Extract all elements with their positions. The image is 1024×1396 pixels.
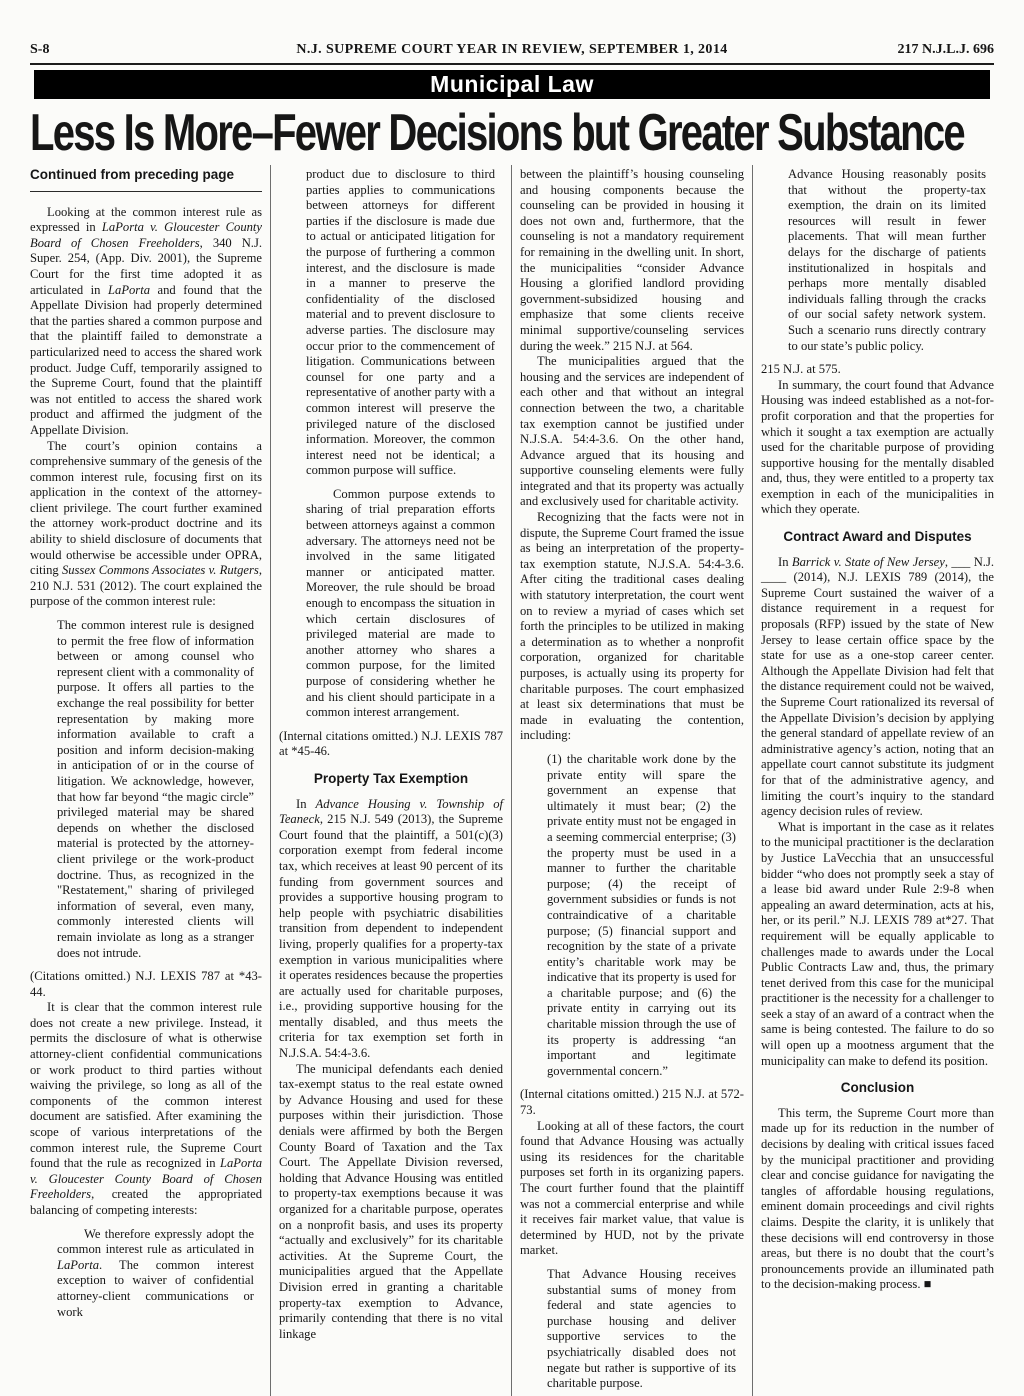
- section-heading: Property Tax Exemption: [279, 771, 503, 787]
- continued-note: Continued from preceding page: [30, 167, 262, 192]
- page-number: S-8: [30, 42, 190, 58]
- paragraph: (Internal citations omitted.) N.J. LEXIS…: [279, 729, 503, 760]
- paragraph: The court’s opinion contains a comprehen…: [30, 439, 262, 611]
- newspaper-page: S-8 N.J. SUPREME COURT YEAR IN REVIEW, S…: [0, 0, 1024, 1396]
- blockquote: Advance Housing reasonably posits that w…: [788, 167, 986, 354]
- paragraph: In summary, the court found that Advance…: [761, 378, 994, 518]
- paragraph: The municipalities argued that the housi…: [520, 354, 744, 510]
- section-banner-label: Municipal Law: [430, 71, 594, 98]
- paragraph: What is important in the case as it rela…: [761, 820, 994, 1070]
- paragraph: This term, the Supreme Court more than m…: [761, 1106, 994, 1293]
- blockquote: (1) the charitable work done by the priv…: [547, 752, 736, 1079]
- paragraph: In Barrick v. State of New Jersey, ___ N…: [761, 555, 994, 820]
- blockquote: That Advance Housing receives substantia…: [547, 1267, 736, 1392]
- column-2: product due to disclosure to third parti…: [271, 165, 512, 1396]
- paragraph: Looking at all of these factors, the cou…: [520, 1119, 744, 1259]
- paragraph: Recognizing that the facts were not in d…: [520, 510, 744, 744]
- section-heading: Contract Award and Disputes: [761, 529, 994, 545]
- paragraph: (Internal citations omitted.) 215 N.J. a…: [520, 1087, 744, 1118]
- article-body: Continued from preceding pageLooking at …: [30, 165, 994, 1396]
- page-masthead: S-8 N.J. SUPREME COURT YEAR IN REVIEW, S…: [30, 0, 994, 65]
- citation-number: 217 N.J.L.J. 696: [834, 42, 994, 58]
- article-headline: Less Is More–Fewer Decisions but Greater…: [30, 102, 869, 160]
- section-banner: Municipal Law: [34, 70, 990, 99]
- blockquote: The common interest rule is designed to …: [57, 618, 254, 961]
- paragraph: The municipal defendants each denied tax…: [279, 1062, 503, 1343]
- blockquote: product due to disclosure to third parti…: [306, 167, 495, 479]
- paragraph: Looking at the common interest rule as e…: [30, 205, 262, 439]
- section-heading: Conclusion: [761, 1080, 994, 1096]
- edition-title: N.J. SUPREME COURT YEAR IN REVIEW, SEPTE…: [190, 42, 834, 58]
- blockquote: Common purpose extends to sharing of tri…: [306, 487, 495, 721]
- column-4: Advance Housing reasonably posits that w…: [753, 165, 994, 1396]
- column-1: Continued from preceding pageLooking at …: [30, 165, 271, 1396]
- column-3: between the plaintiff’s housing counseli…: [512, 165, 753, 1396]
- paragraph: In Advance Housing v. Township of Teanec…: [279, 797, 503, 1062]
- paragraph: It is clear that the common interest rul…: [30, 1000, 262, 1218]
- paragraph: 215 N.J. at 575.: [761, 362, 994, 378]
- paragraph: between the plaintiff’s housing counseli…: [520, 167, 744, 354]
- blockquote: We therefore expressly adopt the common …: [57, 1227, 254, 1321]
- paragraph: (Citations omitted.) N.J. LEXIS 787 at *…: [30, 969, 262, 1000]
